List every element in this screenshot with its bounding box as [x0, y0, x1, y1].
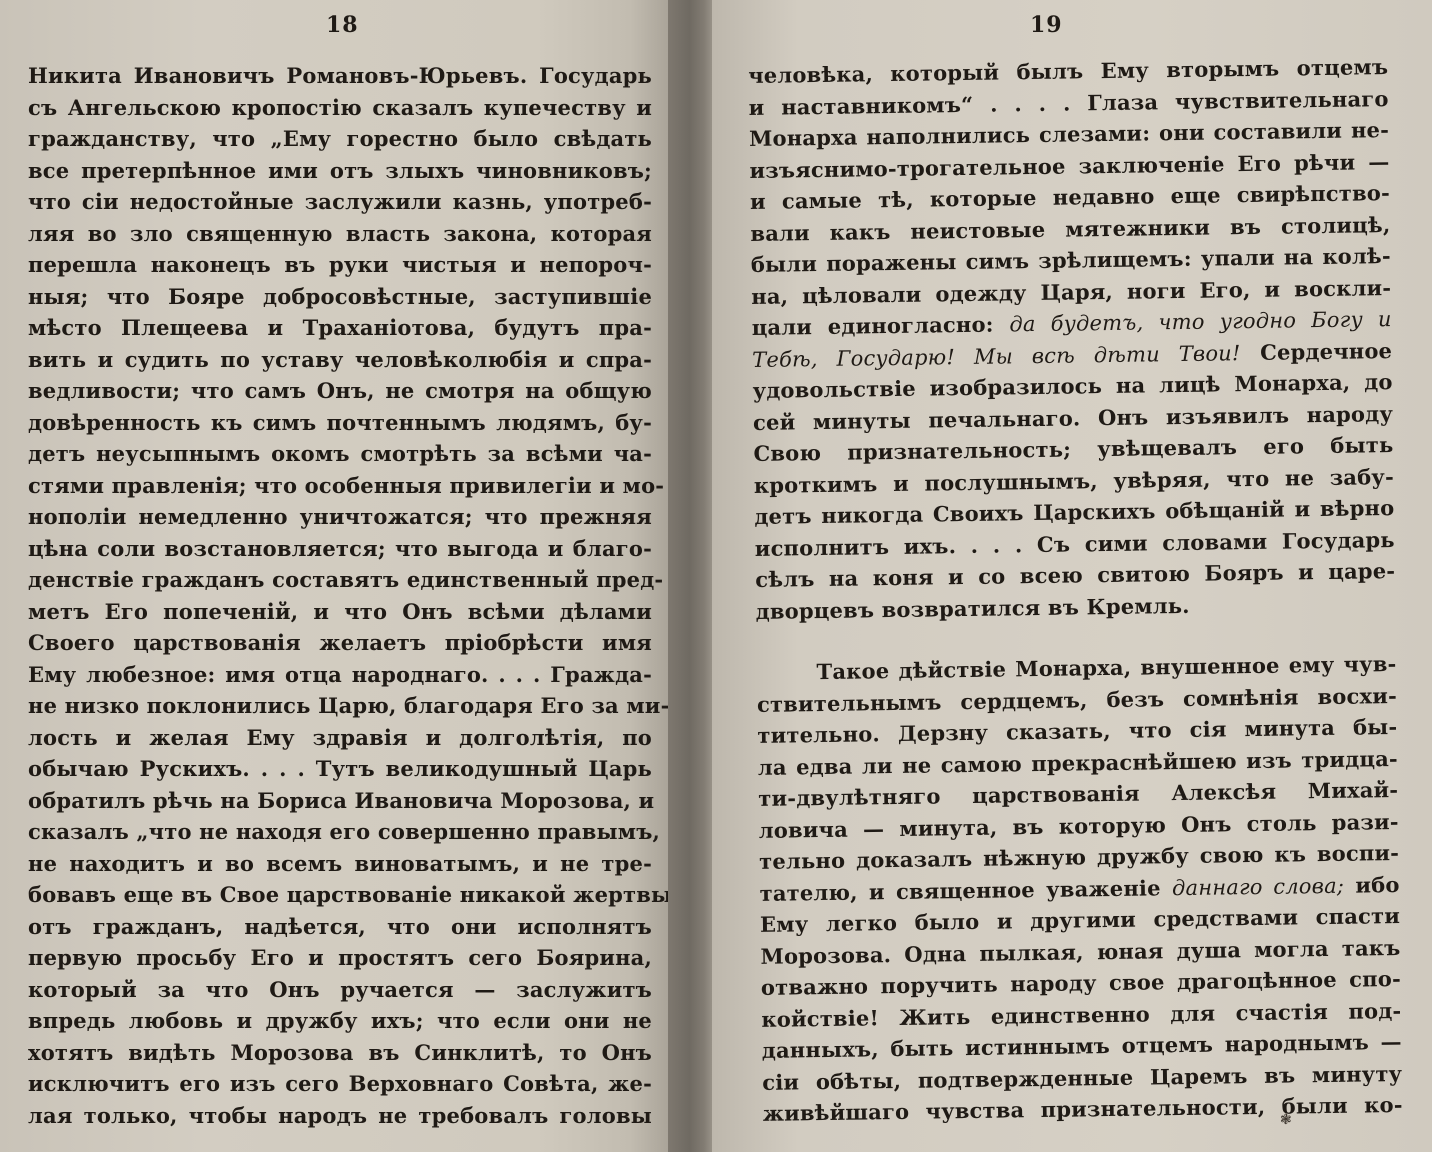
book-spread: 18 Никита Ивановичъ Романовъ-Юрьевъ. Гос… — [0, 0, 1432, 1152]
text-segment: цали единогласно: — [752, 312, 994, 340]
text-line: не находитъ и во всемъ виноватымъ, и не … — [28, 848, 652, 880]
text-line: сказалъ „что не находя его совершенно пр… — [28, 816, 652, 848]
text-line: ляя во зло священную власть закона, кото… — [28, 218, 652, 250]
text-line: вить и судить по уставу человѣколюбія и … — [28, 344, 652, 376]
text-line: не низко поклонились Царю, благодаря Его… — [28, 690, 652, 722]
left-page: 18 Никита Ивановичъ Романовъ-Юрьевъ. Гос… — [0, 0, 670, 1152]
text-line: хотятъ видѣть Морозова въ Синклитѣ, то О… — [28, 1037, 652, 1069]
text-line: съ Ангельскою кропостію сказалъ купечест… — [28, 92, 652, 124]
signature-ornament-icon: ❃ — [1280, 1112, 1292, 1128]
text-line: бовавъ еще въ Свое царствованіе никакой … — [28, 879, 652, 911]
text-line: впредь любовь и дружбу ихъ; что если они… — [28, 1005, 652, 1037]
text-line: цѣна соли возстановляется; что выгода и … — [28, 533, 652, 565]
text-line: нополіи немедленно уничтожатся; что преж… — [28, 501, 652, 533]
italic-quote: Тебѣ, Государю! Мы всѣ дѣти Твои! — [752, 341, 1241, 372]
text-line: обычаю Рускихъ. . . . Тутъ великодушный … — [28, 753, 652, 785]
text-segment: ибо — [1355, 871, 1400, 897]
text-line: исключитъ его изъ сего Верховнаго Совѣта… — [28, 1068, 652, 1100]
text-line: ныя; что Бояре добросовѣстные, заступивш… — [28, 281, 652, 313]
text-line: Ему любезное: имя отца народнаго. . . . … — [28, 659, 652, 691]
text-line: обратилъ рѣчь на Бориса Ивановича Морозо… — [28, 785, 652, 817]
text-line: гражданству, что „Ему горестно было свѣд… — [28, 123, 652, 155]
text-line: Своего царствованія желаетъ пріобрѣсти и… — [28, 627, 652, 659]
text-line: детъ неусыпнымъ окомъ смотрѣть за всѣми … — [28, 438, 652, 470]
right-page: 19 человѣка, который былъ Ему вторымъ от… — [712, 0, 1432, 1152]
text-line: денствіе гражданъ составятъ единственный… — [28, 564, 652, 596]
text-segment: Сердечное — [1260, 338, 1392, 365]
text-line: лость и желая Ему здравія и долголѣтія, … — [28, 722, 652, 754]
text-line: перешла наконецъ въ руки чистыя и непоро… — [28, 249, 652, 281]
text-line: мѣсто Плещеева и Траханіотова, будутъ пр… — [28, 312, 652, 344]
text-line: стями правленія; что особенныя привилегі… — [28, 470, 652, 502]
right-page-text: человѣка, который былъ Ему вторымъ отцем… — [748, 51, 1403, 1129]
text-line: что сіи недостойные заслужили казнь, упо… — [28, 186, 652, 218]
text-segment: тателю, и священное уваженіе — [759, 875, 1160, 906]
text-line: отъ гражданъ, надѣется, что они исполнят… — [28, 911, 652, 943]
page-number-left: 18 — [326, 12, 359, 38]
text-line: все претерпѣнное ими отъ злыхъ чиновнико… — [28, 155, 652, 187]
page-number-right: 19 — [1030, 12, 1063, 38]
text-line: ведливости; что самъ Онъ, не смотря на о… — [28, 375, 652, 407]
text-line: первую просьбу Его и простятъ сего Бояри… — [28, 942, 652, 974]
text-line: Никита Ивановичъ Романовъ-Юрьевъ. Госуда… — [28, 60, 652, 92]
book-gutter — [668, 0, 716, 1152]
text-line: довѣренность къ симъ почтеннымъ людямъ, … — [28, 407, 652, 439]
left-page-text: Никита Ивановичъ Романовъ-Юрьевъ. Госуда… — [28, 60, 652, 1131]
text-line: метъ Его попеченій, и что Онъ всѣми дѣла… — [28, 596, 652, 628]
text-line: лая только, чтобы народъ не требовалъ го… — [28, 1100, 652, 1132]
italic-quote: да будетъ, что угодно Богу и — [1009, 307, 1392, 336]
text-line: который за что Онъ ручается — заслужитъ — [28, 974, 652, 1006]
italic-quote: даннаго слова; — [1172, 873, 1344, 899]
